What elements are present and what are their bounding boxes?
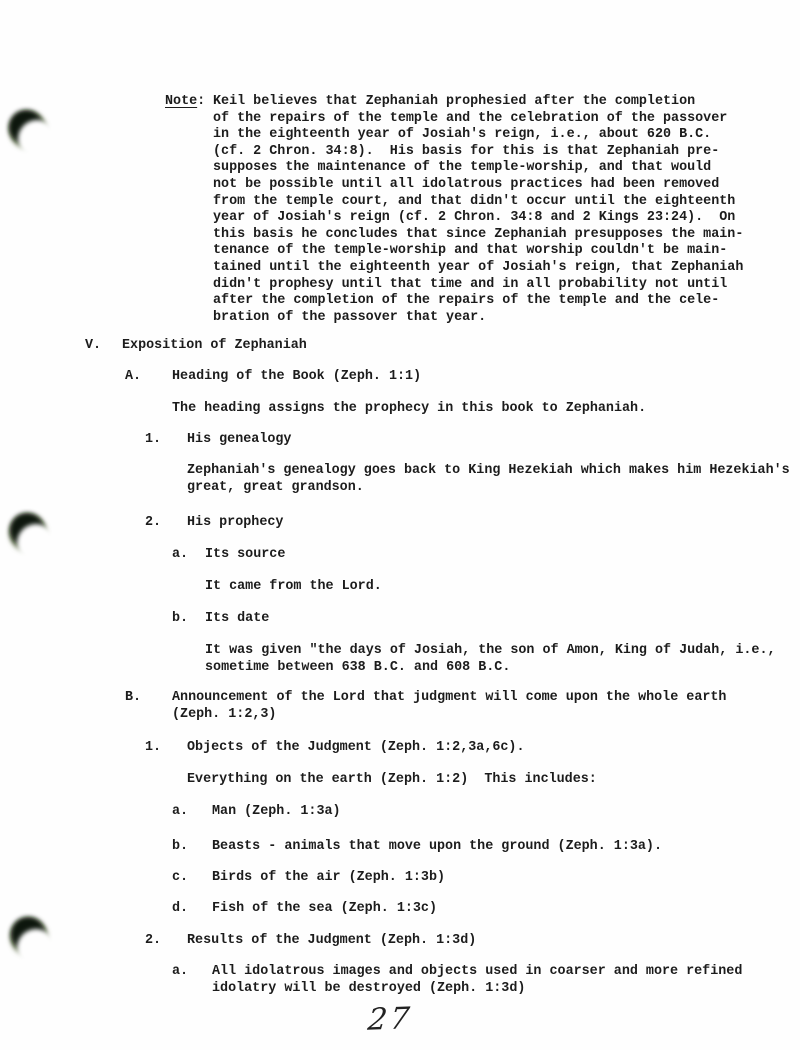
outline-paragraph-text: The heading assigns the prophecy in this… — [172, 401, 646, 418]
outline-item-text: Objects of the Judgment (Zeph. 1:2,3a,6c… — [187, 740, 525, 757]
outline-paragraph-text: Zephaniah's genealogy goes back to King … — [187, 463, 790, 497]
hole-punch-mark — [2, 104, 56, 158]
outline-item-label: 2. — [145, 933, 161, 950]
outline-item-label: a. — [172, 547, 188, 564]
note-body: Keil believes that Zephaniah prophesied … — [213, 94, 743, 326]
note-label-colon: : — [197, 94, 205, 109]
outline-item-label: a. — [172, 964, 188, 981]
outline-paragraph-text: It was given "the days of Josiah, the so… — [205, 643, 776, 677]
note-label: Note: — [165, 94, 205, 109]
hole-punch-mark — [2, 507, 56, 561]
outline-item-text: His prophecy — [187, 515, 283, 532]
outline-item-text: Results of the Judgment (Zeph. 1:3d) — [187, 933, 476, 950]
outline-item-text: All idolatrous images and objects used i… — [212, 964, 742, 998]
outline-item-label: b. — [172, 839, 188, 856]
outline-item-label: c. — [172, 870, 188, 887]
outline-item-text: Its date — [205, 611, 269, 628]
outline-item-text: Birds of the air (Zeph. 1:3b) — [212, 870, 445, 887]
outline-paragraph-text: Everything on the earth (Zeph. 1:2) This… — [187, 772, 597, 789]
outline-item-text: Fish of the sea (Zeph. 1:3c) — [212, 901, 437, 918]
outline-item-text: Announcement of the Lord that judgment w… — [172, 690, 726, 724]
outline-item-label: a. — [172, 804, 188, 821]
outline-item-text: Its source — [205, 547, 285, 564]
outline-item-label: 1. — [145, 740, 161, 757]
outline-item-text: Exposition of Zephaniah — [122, 338, 307, 355]
outline-item-label: A. — [125, 369, 141, 386]
hole-punch-mark — [2, 911, 56, 965]
outline-paragraph-text: It came from the Lord. — [205, 579, 382, 596]
outline-item-label: b. — [172, 611, 188, 628]
note-label-word: Note — [165, 94, 197, 109]
outline-item-label: B. — [125, 690, 141, 707]
outline-item-label: V. — [85, 338, 101, 355]
outline-item-text: Man (Zeph. 1:3a) — [212, 804, 341, 821]
document-page: Note: Keil believes that Zephaniah proph… — [0, 0, 800, 1050]
outline-item-label: d. — [172, 901, 188, 918]
outline-item-label: 1. — [145, 432, 161, 449]
page-number: 27 — [366, 1001, 414, 1038]
outline-item-text: Heading of the Book (Zeph. 1:1) — [172, 369, 421, 386]
outline-item-text: Beasts - animals that move upon the grou… — [212, 839, 662, 856]
outline-item-text: His genealogy — [187, 432, 291, 449]
outline-item-label: 2. — [145, 515, 161, 532]
